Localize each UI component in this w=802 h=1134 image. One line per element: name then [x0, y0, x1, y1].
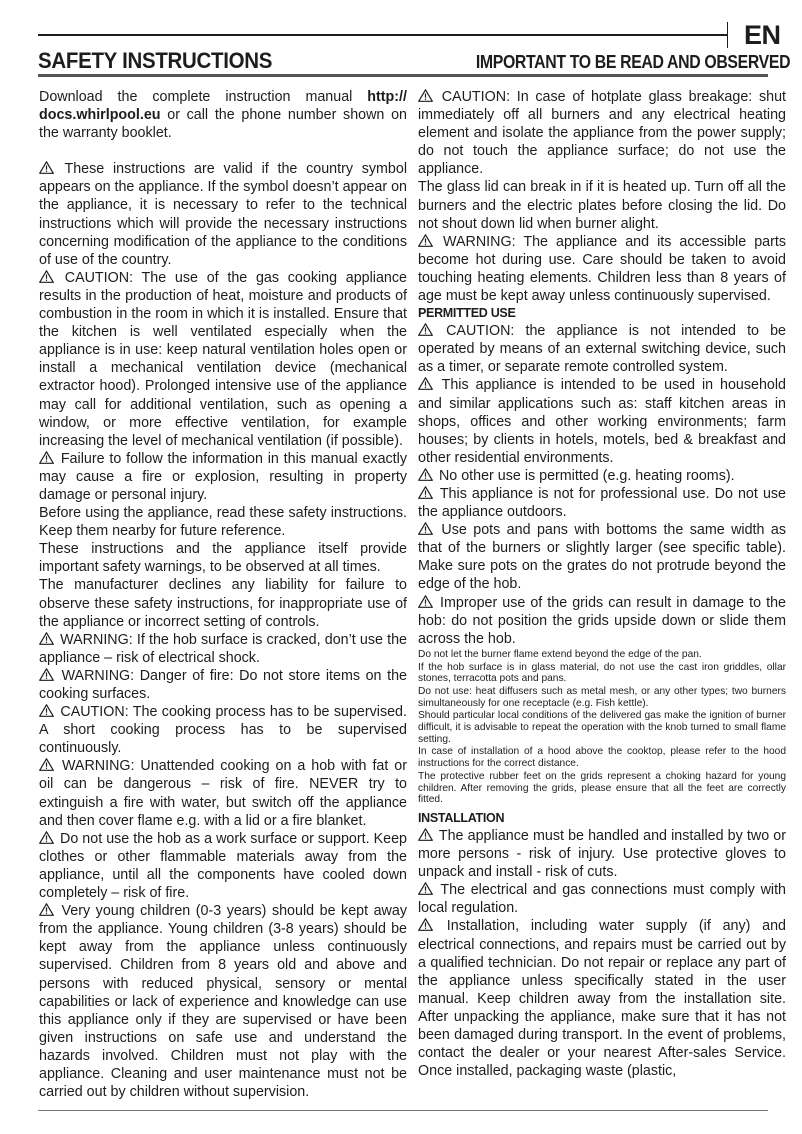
paragraph: Do not use the hob as a work surface or … [39, 830, 407, 902]
paragraph: WARNING: The appliance and its accessibl… [418, 233, 786, 305]
small-print-item: The protective rubber feet on the grids … [418, 771, 786, 806]
small-print-item: If the hob surface is in glass material,… [418, 662, 786, 685]
warning-icon [39, 758, 54, 771]
paragraph-text: These instructions and the appliance its… [39, 541, 407, 575]
paragraph-text: This appliance is intended to be used in… [418, 377, 786, 465]
paragraph-text: Before using the appliance, read these s… [39, 505, 407, 539]
paragraph: Failure to follow the information in thi… [39, 450, 407, 504]
paragraph-text: These instructions are valid if the coun… [39, 161, 407, 267]
warning-icon [39, 161, 54, 174]
paragraph-text: This appliance is not for professional u… [418, 486, 786, 520]
paragraph: This appliance is intended to be used in… [418, 376, 786, 466]
page-subtitle: IMPORTANT TO BE READ AND OBSERVED [476, 52, 790, 73]
paragraph-text: WARNING: Unattended cooking on a hob wit… [39, 758, 407, 828]
warning-icon [418, 882, 433, 895]
header-tick-divider [727, 22, 728, 48]
paragraph-text: WARNING: Danger of fire: Do not store it… [39, 668, 407, 702]
warning-icon [39, 632, 54, 645]
warning-icon [418, 234, 433, 247]
warning-icon [418, 595, 433, 608]
warning-icon [418, 828, 433, 841]
paragraph-text: CAUTION: the appliance is not intended t… [418, 323, 786, 375]
warning-icon [418, 323, 433, 336]
page-title: SAFETY INSTRUCTIONS [38, 48, 272, 74]
header-bottom-rule [38, 74, 768, 77]
warning-icon [418, 377, 433, 390]
paragraph: CAUTION: The use of the gas cooking appl… [39, 269, 407, 450]
paragraph-text: Improper use of the grids can result in … [418, 595, 786, 647]
warning-icon [418, 468, 433, 481]
paragraph-text: WARNING: If the hob surface is cracked, … [39, 632, 407, 666]
warning-icon [39, 270, 54, 283]
small-print-item: In case of installation of a hood above … [418, 746, 786, 769]
paragraph: These instructions are valid if the coun… [39, 160, 407, 269]
footer-rule [38, 1110, 768, 1111]
paragraph-text: No other use is permitted (e.g. heating … [439, 468, 735, 484]
paragraph: Installation, including water supply (if… [418, 917, 786, 1080]
intro-text: Download the complete instruction manual [39, 89, 367, 105]
paragraph: The glass lid can break in if it is heat… [418, 178, 786, 232]
paragraph-text: The electrical and gas connections must … [418, 882, 786, 916]
paragraph: CAUTION: In case of hotplate glass break… [418, 88, 786, 178]
paragraph: CAUTION: The cooking process has to be s… [39, 703, 407, 757]
warning-icon [418, 89, 433, 102]
paragraph-text: Installation, including water supply (if… [418, 918, 786, 1079]
warning-icon [39, 451, 54, 464]
warning-icon [39, 704, 54, 717]
warning-icon [39, 903, 54, 916]
paragraph: WARNING: Danger of fire: Do not store it… [39, 667, 407, 703]
right-column: CAUTION: In case of hotplate glass break… [418, 88, 786, 1080]
paragraph-text: Do not use the hob as a work surface or … [39, 831, 407, 901]
section-heading-permitted-use: PERMITTED USE [418, 305, 786, 322]
section-heading-installation: INSTALLATION [418, 810, 786, 827]
small-print-item: Do not let the burner flame extend beyon… [418, 649, 786, 661]
paragraph: The electrical and gas connections must … [418, 881, 786, 917]
paragraph-text: CAUTION: In case of hotplate glass break… [418, 89, 786, 177]
paragraph: The appliance must be handled and instal… [418, 827, 786, 881]
warning-icon [418, 522, 433, 535]
installation-paragraph-list: The appliance must be handled and instal… [418, 827, 786, 1080]
paragraph: The manufacturer declines any liability … [39, 576, 407, 630]
paragraph-text: The manufacturer declines any liability … [39, 577, 407, 629]
header-top-rule [38, 34, 728, 36]
paragraph: No other use is permitted (e.g. heating … [418, 467, 786, 485]
paragraph: This appliance is not for professional u… [418, 485, 786, 521]
left-paragraph-list: These instructions are valid if the coun… [39, 160, 407, 1101]
paragraph: Very young children (0-3 years) should b… [39, 902, 407, 1101]
warning-icon [39, 831, 54, 844]
small-print-item: Should particular local conditions of th… [418, 710, 786, 745]
intro-paragraph: Download the complete instruction manual… [39, 88, 407, 142]
paragraph: WARNING: Unattended cooking on a hob wit… [39, 757, 407, 829]
language-label: EN [744, 20, 781, 51]
paragraph-text: Use pots and pans with bottoms the same … [418, 522, 786, 592]
paragraph: These instructions and the appliance its… [39, 540, 407, 576]
paragraph: Improper use of the grids can result in … [418, 594, 786, 648]
warning-icon [39, 668, 54, 681]
paragraph: WARNING: If the hob surface is cracked, … [39, 631, 407, 667]
warning-icon [418, 918, 433, 931]
paragraph-text: CAUTION: The cooking process has to be s… [39, 704, 407, 756]
right-top-paragraph-list: CAUTION: In case of hotplate glass break… [418, 88, 786, 305]
left-column: Download the complete instruction manual… [39, 88, 407, 1101]
paragraph-text: CAUTION: The use of the gas cooking appl… [39, 270, 407, 449]
small-print-item: Do not use: heat diffusers such as metal… [418, 686, 786, 709]
paragraph: Use pots and pans with bottoms the same … [418, 521, 786, 593]
paragraph-text: The glass lid can break in if it is heat… [418, 179, 786, 231]
permitted-use-paragraph-list: CAUTION: the appliance is not intended t… [418, 322, 786, 648]
paragraph-text: Failure to follow the information in thi… [39, 451, 407, 503]
paragraph-text: The appliance must be handled and instal… [418, 828, 786, 880]
paragraph: Before using the appliance, read these s… [39, 504, 407, 540]
paragraph-text: WARNING: The appliance and its accessibl… [418, 234, 786, 304]
paragraph-text: Very young children (0-3 years) should b… [39, 903, 407, 1100]
small-print-list: Do not let the burner flame extend beyon… [418, 649, 786, 806]
warning-icon [418, 486, 433, 499]
paragraph: CAUTION: the appliance is not intended t… [418, 322, 786, 376]
